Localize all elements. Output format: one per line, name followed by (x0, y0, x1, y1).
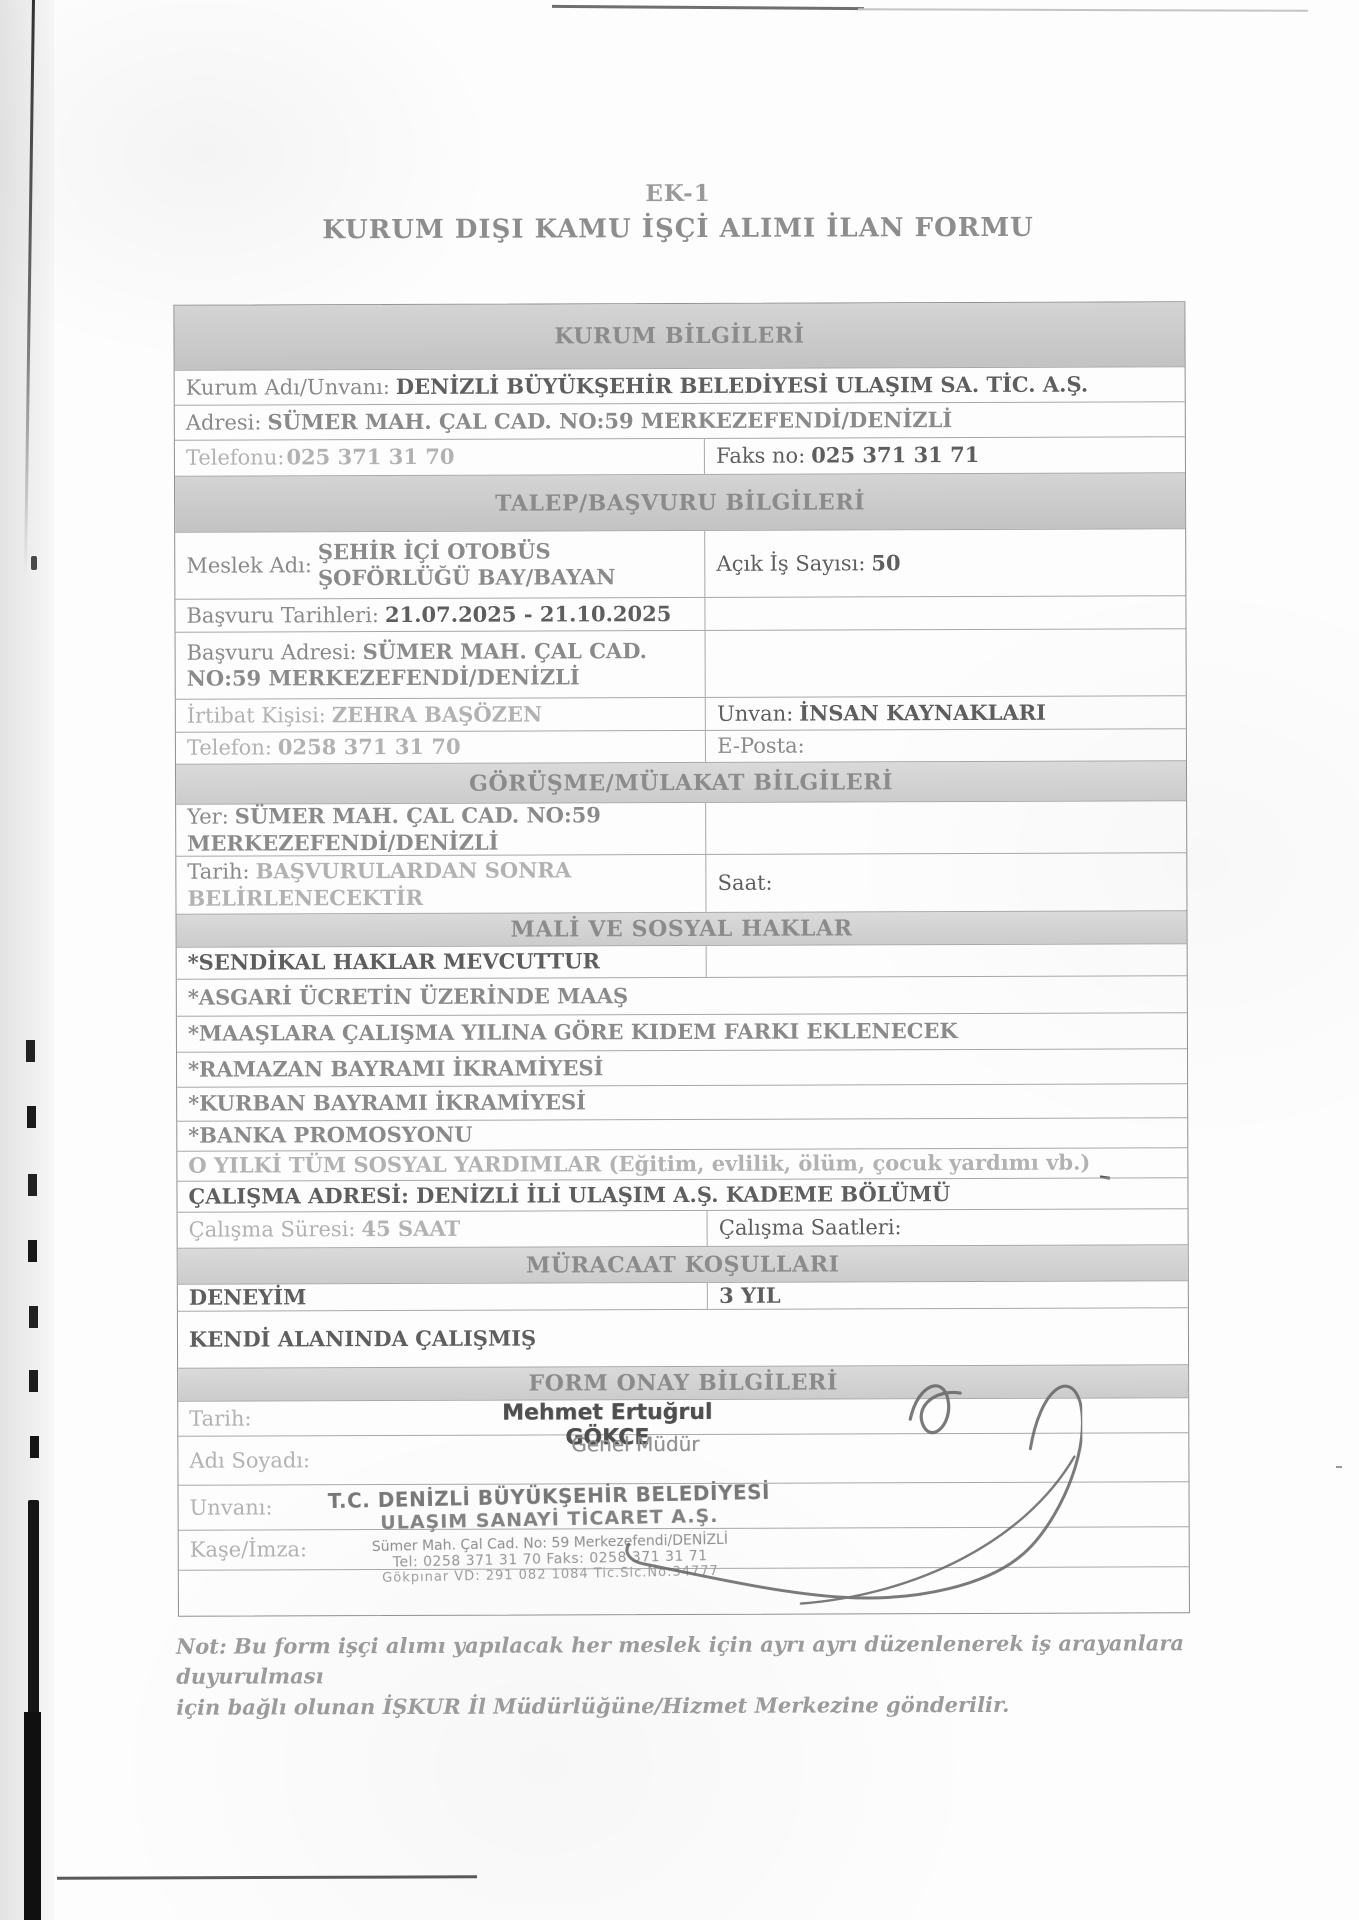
field-value: 025 371 31 71 (811, 442, 979, 469)
field-basvuru-tarihleri: Başvuru Tarihleri: 21.07.2025 - 21.10.20… (175, 598, 705, 632)
table-row: Telefon: 0258 371 31 70 E-Posta: (176, 728, 1186, 764)
field-value: DENİZLİ BÜYÜKŞEHİR BELEDİYESİ ULAŞIM SA.… (396, 371, 1088, 400)
field-calisma-saatleri: Çalışma Saatleri: (708, 1209, 1188, 1246)
field-label: Adresi: (186, 409, 262, 436)
benefit-item: *SENDİKAL HAKLAR MEVCUTTUR (177, 946, 707, 979)
field-value: 50 (871, 550, 900, 576)
document-content: EK-1 KURUM DIŞI KAMU İŞÇİ ALIMI İLAN FOR… (0, 0, 1359, 1920)
field-unvan: Unvan: İNSAN KAYNAKLARI (706, 696, 1186, 730)
field-value: ÇALIŞMA ADRESİ: DENİZLİ İLİ ULAŞIM A.Ş. … (188, 1181, 950, 1210)
field-label: E-Posta: (717, 733, 805, 760)
field-value: 21.07.2025 - 21.10.2025 (385, 601, 671, 628)
section-title: KURUM BİLGİLERİ (554, 323, 804, 350)
table-row: İrtibat Kişisi: ZEHRA BAŞÖZEN Unvan: İNS… (176, 695, 1186, 732)
page-title: KURUM DIŞI KAMU İŞÇİ ALIMI İLAN FORMU (178, 212, 1178, 245)
empty-cell (706, 801, 1186, 854)
table-row: KENDİ ALANINDA ÇALIŞMIŞ (178, 1307, 1188, 1368)
table-row: ÇALIŞMA ADRESİ: DENİZLİ İLİ ULAŞIM A.Ş. … (177, 1177, 1187, 1212)
benefit-item: O YILKİ TÜM SOSYAL YARDIMLAR (Eğitim, ev… (177, 1148, 1187, 1181)
field-value: 0258 371 31 70 (278, 734, 461, 761)
field-basvuru-adresi: Başvuru Adresi:SÜMER MAH. ÇAL CAD. NO:59… (176, 631, 706, 699)
field-value: İNSAN KAYNAKLARI (799, 700, 1046, 727)
benefit-text: O YILKİ TÜM SOSYAL YARDIMLAR (Eğitim, ev… (188, 1150, 1090, 1179)
table-row: Başvuru Tarihleri: 21.07.2025 - 21.10.20… (175, 595, 1185, 632)
benefit-text: *MAAŞLARA ÇALIŞMA YILINA GÖRE KIDEM FARK… (188, 1018, 958, 1047)
field-saat: Saat: (707, 853, 1187, 912)
table-row: *RAMAZAN BAYRAMI İKRAMİYESİ (177, 1048, 1187, 1087)
field-meslek-adi: Meslek Adı: ŞEHİR İÇİ OTOBÜS ŞOFÖRLÜĞÜ B… (175, 531, 705, 599)
table-row: Başvuru Adresi:SÜMER MAH. ÇAL CAD. NO:59… (176, 628, 1186, 699)
field-value: 45 SAAT (361, 1216, 460, 1243)
field-label: Unvanı: (190, 1494, 273, 1521)
field-telefon: Telefon: 0258 371 31 70 (176, 731, 706, 764)
field-label: Yer: (187, 805, 229, 829)
table-row: Çalışma Süresi: 45 SAAT Çalışma Saatleri… (178, 1208, 1188, 1248)
field-acik-is-sayisi: Açık İş Sayısı: 50 (705, 529, 1185, 597)
empty-cell (706, 596, 1186, 630)
field-mulakat-tarih: Tarih:BAŞVURULARDAN SONRA BELİRLENECEKTİ… (176, 855, 706, 914)
field-label: Telefonu: (186, 445, 285, 472)
field-irtibat-kisisi: İrtibat Kişisi: ZEHRA BAŞÖZEN (176, 698, 706, 732)
benefit-item: *ASGARİ ÜCRETİN ÜZERİNDE MAAŞ (177, 976, 1187, 1016)
section-title: MÜRACAAT KOŞULLARI (526, 1251, 840, 1278)
section-header-mali-sosyal: MALİ VE SOSYAL HAKLAR (177, 910, 1187, 947)
field-label: Tarih: (187, 860, 249, 884)
benefit-text: *BANKA PROMOSYONU (188, 1122, 472, 1149)
section-title: MALİ VE SOSYAL HAKLAR (510, 915, 852, 942)
field-calisma-suresi: Çalışma Süresi: 45 SAAT (178, 1211, 708, 1248)
scanned-page: { "colors":{"section_bar":"#c9c9c9","ink… (0, 0, 1359, 1920)
field-label: Çalışma Saatleri: (719, 1215, 902, 1242)
table-row: *KURBAN BAYRAMI İKRAMİYESİ (177, 1083, 1187, 1121)
table-row: DENEYİM 3 YIL (178, 1280, 1188, 1311)
field-value: 3 YIL (719, 1283, 781, 1309)
table-row: *BANKA PROMOSYONU (177, 1117, 1187, 1151)
field-faks: Faks no: 025 371 31 71 (705, 437, 1185, 474)
section-title: TALEP/BAŞVURU BİLGİLERİ (495, 489, 865, 516)
benefit-text: *ASGARİ ÜCRETİN ÜZERİNDE MAAŞ (188, 983, 628, 1011)
empty-cell (707, 944, 1187, 977)
field-value: ZEHRA BAŞÖZEN (332, 701, 542, 728)
field-deneyim: DENEYİM (178, 1283, 708, 1311)
field-label: Kaşe/İmza: (190, 1537, 307, 1564)
field-yer: Yer:SÜMER MAH. ÇAL CAD. NO:59 MERKEZEFEN… (176, 803, 706, 856)
field-label: Başvuru Tarihleri: (186, 602, 379, 629)
table-row: Telefonu: 025 371 31 70 Faks no: 025 371… (175, 436, 1185, 476)
section-title: GÖRÜŞME/MÜLAKAT BİLGİLERİ (469, 769, 893, 796)
field-label: Meslek Adı: (186, 552, 312, 579)
field-label: Kurum Adı/Unvanı: (186, 374, 390, 401)
table-row: O YILKİ TÜM SOSYAL YARDIMLAR (Eğitim, ev… (177, 1147, 1187, 1181)
field-label: Saat: (718, 870, 773, 896)
table-row: *ASGARİ ÜCRETİN ÜZERİNDE MAAŞ (177, 975, 1187, 1016)
table-row: Meslek Adı: ŞEHİR İÇİ OTOBÜS ŞOFÖRLÜĞÜ B… (175, 528, 1185, 599)
benefit-item: *BANKA PROMOSYONU (177, 1118, 1187, 1151)
table-row: Yer:SÜMER MAH. ÇAL CAD. NO:59 MERKEZEFEN… (176, 800, 1186, 856)
table-row: *MAAŞLARA ÇALIŞMA YILINA GÖRE KIDEM FARK… (177, 1012, 1187, 1052)
field-deneyim-suresi: 3 YIL (708, 1281, 1188, 1309)
field-value: 025 371 31 70 (286, 444, 454, 471)
table-row: Kurum Adı/Unvanı: DENİZLİ BÜYÜKŞEHİR BEL… (175, 366, 1185, 405)
table-row: *SENDİKAL HAKLAR MEVCUTTUR (177, 943, 1187, 979)
field-adres: Adresi: SÜMER MAH. ÇAL CAD. NO:59 MERKEZ… (175, 402, 1185, 440)
field-label: Faks no: (716, 443, 805, 470)
field-kurum-adi: Kurum Adı/Unvanı: DENİZLİ BÜYÜKŞEHİR BEL… (175, 367, 1185, 405)
benefit-item: *KURBAN BAYRAMI İKRAMİYESİ (177, 1084, 1187, 1121)
table-row: Tarih:BAŞVURULARDAN SONRA BELİRLENECEKTİ… (176, 852, 1186, 914)
field-value: SÜMER MAH. ÇAL CAD. NO:59 MERKEZEFENDİ/D… (267, 407, 952, 436)
field-label: Unvan: (717, 700, 793, 727)
benefit-item: *MAAŞLARA ÇALIŞMA YILINA GÖRE KIDEM FARK… (177, 1013, 1187, 1052)
field-label: İrtibat Kişisi: (187, 702, 326, 729)
section-header-gorusme: GÖRÜŞME/MÜLAKAT BİLGİLERİ (176, 760, 1186, 804)
field-label: Adı Soyadı: (189, 1447, 310, 1474)
benefit-text: *KURBAN BAYRAMI İKRAMİYESİ (188, 1090, 586, 1118)
field-kendi-alaninda: KENDİ ALANINDA ÇALIŞMIŞ (178, 1308, 1188, 1368)
field-label: Telefon: (187, 735, 272, 762)
footnote: Not: Bu form işçi alımı yapılacak her me… (176, 1628, 1211, 1723)
section-header-kurum-bilgileri: KURUM BİLGİLERİ (174, 302, 1184, 370)
field-value: KENDİ ALANINDA ÇALIŞMIŞ (189, 1325, 536, 1352)
field-calisma-adresi: ÇALIŞMA ADRESİ: DENİZLİ İLİ ULAŞIM A.Ş. … (177, 1178, 1187, 1212)
field-label: DENEYİM (189, 1284, 307, 1311)
field-label: Tarih: (189, 1405, 251, 1431)
field-value: SÜMER MAH. ÇAL CAD. NO:59 MERKEZEFENDİ/D… (187, 803, 601, 856)
benefit-text: *SENDİKAL HAKLAR MEVCUTTUR (188, 949, 600, 977)
benefit-item: *RAMAZAN BAYRAMI İKRAMİYESİ (177, 1049, 1187, 1087)
field-label: Açık İş Sayısı: (716, 550, 865, 577)
field-value: ŞEHİR İÇİ OTOBÜS ŞOFÖRLÜĞÜ BAY/BAYAN (318, 538, 616, 592)
table-row: Adresi: SÜMER MAH. ÇAL CAD. NO:59 MERKEZ… (175, 401, 1185, 440)
field-label: Çalışma Süresi: (189, 1217, 356, 1244)
empty-cell (706, 629, 1186, 697)
benefit-text: *RAMAZAN BAYRAMI İKRAMİYESİ (188, 1055, 603, 1083)
field-label: Başvuru Adresi: (187, 640, 357, 665)
doc-code: EK-1 (428, 179, 928, 208)
field-eposta: E-Posta: (706, 729, 1186, 762)
section-header-talep-basvuru: TALEP/BAŞVURU BİLGİLERİ (175, 472, 1185, 532)
section-header-muracaat: MÜRACAAT KOŞULLARI (178, 1244, 1188, 1284)
signature (592, 1361, 1083, 1615)
field-kurum-telefon: Telefonu: 025 371 31 70 (175, 439, 705, 476)
